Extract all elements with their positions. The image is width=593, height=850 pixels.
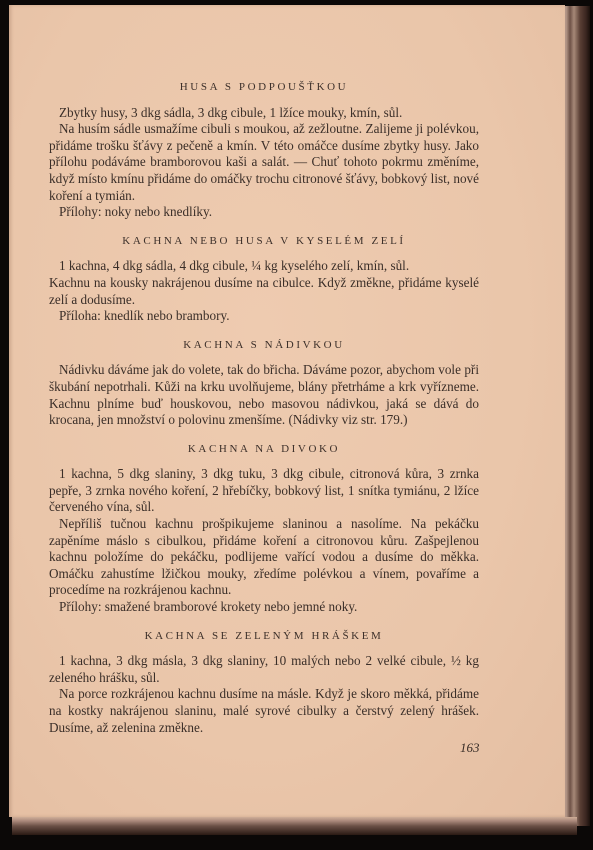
side-dishes: Přílohy: smažené bramborové krokety nebo… <box>49 599 479 616</box>
recipe-kachna-nebo-husa-v-kyselem-zeli: KACHNA NEBO HUSA V KYSELÉM ZELÍ 1 kachna… <box>49 233 479 325</box>
recipe-kachna-na-divoko: KACHNA NA DIVOKO 1 kachna, 5 dkg slaniny… <box>49 441 479 616</box>
book-bottom-edge <box>12 817 577 835</box>
instructions: Na porce rozkrájenou kachnu dusíme na má… <box>49 686 479 736</box>
side-dishes: Příloha: knedlík nebo brambory. <box>49 308 479 325</box>
recipe-title: HUSA S PODPOUŠŤKOU <box>49 79 479 96</box>
instructions: Nepříliš tučnou kachnu prošpikujeme slan… <box>49 516 479 599</box>
ingredients: Zbytky husy, 3 dkg sádla, 3 dkg cibule, … <box>49 105 479 122</box>
recipe-kachna-se-zelenym-hraskem: KACHNA SE ZELENÝM HRÁŠKEM 1 kachna, 3 dk… <box>49 628 479 737</box>
recipe-husa-s-podpoustkou: HUSA S PODPOUŠŤKOU Zbytky husy, 3 dkg sá… <box>49 79 479 221</box>
instructions: Kachnu na kousky nakrájenou dusíme na ci… <box>49 275 479 308</box>
instructions: Na husím sádle usmažíme cibuli s moukou,… <box>49 121 479 204</box>
instructions: Nádivku dáváme jak do volete, tak do bři… <box>49 362 479 428</box>
book-page: HUSA S PODPOUŠŤKOU Zbytky husy, 3 dkg sá… <box>9 5 565 817</box>
ingredients: 1 kachna, 3 dkg másla, 3 dkg slaniny, 10… <box>49 653 479 686</box>
side-dishes: Přílohy: noky nebo knedlíky. <box>49 204 479 221</box>
page-content: HUSA S PODPOUŠŤKOU Zbytky husy, 3 dkg sá… <box>49 79 479 748</box>
page-number: 163 <box>460 740 480 756</box>
recipe-title: KACHNA NA DIVOKO <box>49 441 479 458</box>
ingredients: 1 kachna, 5 dkg slaniny, 3 dkg tuku, 3 d… <box>49 466 479 516</box>
recipe-title: KACHNA NEBO HUSA V KYSELÉM ZELÍ <box>49 233 479 250</box>
recipe-title: KACHNA S NÁDIVKOU <box>49 337 479 354</box>
recipe-kachna-s-nadivkou: KACHNA S NÁDIVKOU Nádivku dáváme jak do … <box>49 337 479 429</box>
recipe-title: KACHNA SE ZELENÝM HRÁŠKEM <box>49 628 479 645</box>
ingredients: 1 kachna, 4 dkg sádla, 4 dkg cibule, ¼ k… <box>49 258 479 275</box>
